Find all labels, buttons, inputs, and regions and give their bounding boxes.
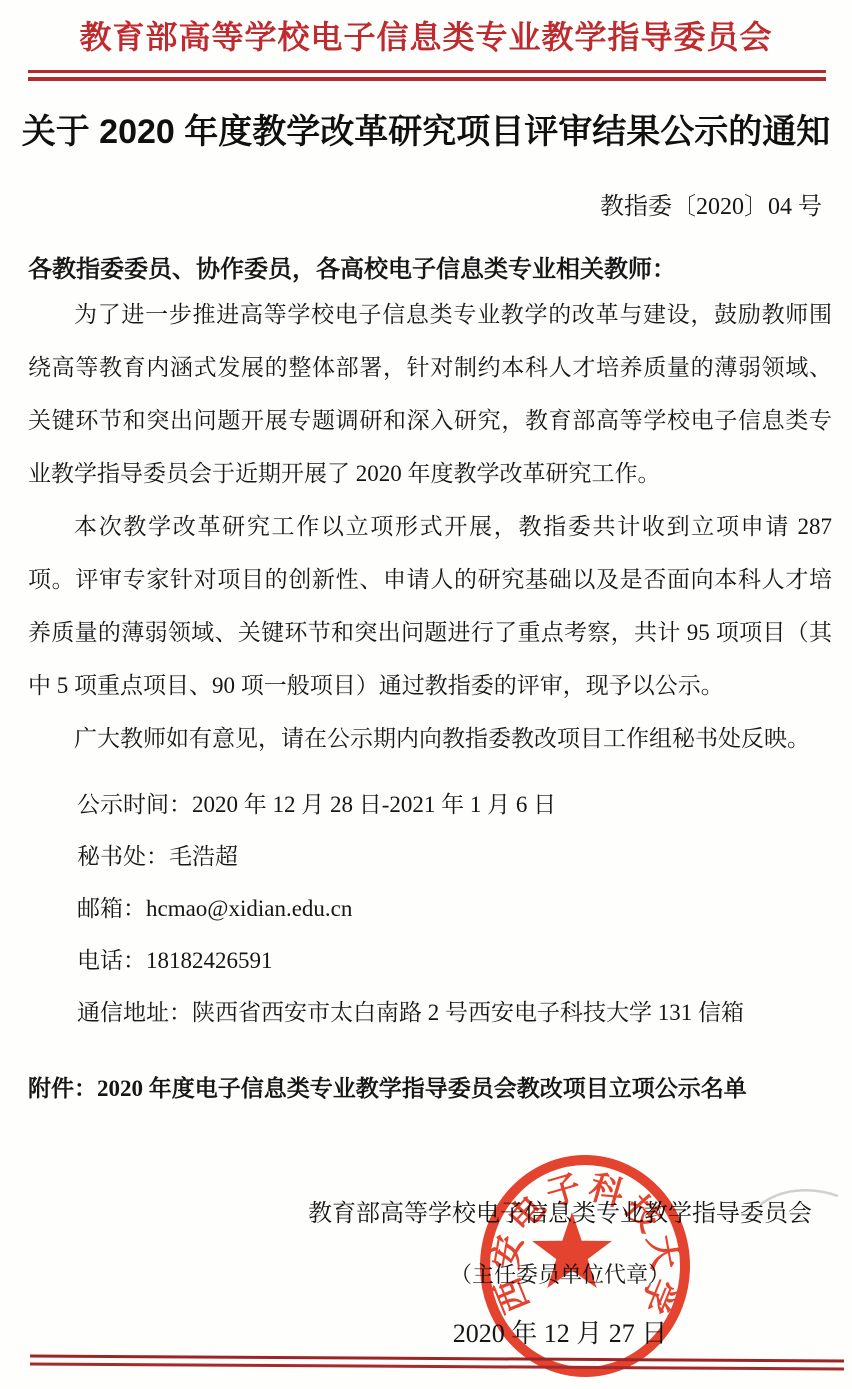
doc-number: 教指委〔2020〕04 号 [600,192,822,222]
contact-row-secretariat: 秘书处：毛浩超 [77,831,832,883]
contact-label: 通信地址： [77,1000,192,1025]
salutation-line: 各教指委委员、协作委员，各高校电子信息类专业相关教师： [28,254,834,286]
notice-title: 关于 2020 年度教学改革研究项目评审结果公示的通知 [14,108,838,156]
contact-value: 18182426591 [146,948,273,973]
attachment-line: 附件：2020 年度电子信息类专业教学指导委员会教改项目立项公示名单 [28,1074,832,1104]
body-paragraph-1: 为了进一步推进高等学校电子信息类专业教学的改革与建设，鼓励教师围绕高等教育内涵式… [28,288,832,500]
signature-org-name: 教育部高等学校电子信息类专业教学指导委员会 [300,1198,820,1231]
contact-info-list: 公示时间：2020 年 12 月 28 日-2021 年 1 月 6 日 秘书处… [77,779,832,1039]
document-page: 教育部高等学校电子信息类专业教学指导委员会 关于 2020 年度教学改革研究项目… [0,0,852,1389]
notice-body: 为了进一步推进高等学校电子信息类专业教学的改革与建设，鼓励教师围绕高等教育内涵式… [28,288,832,765]
contact-row-address: 通信地址：陕西省西安市太白南路 2 号西安电子科技大学 131 信箱 [77,987,832,1039]
contact-row-email: 邮箱：hcmao@xidian.edu.cn [77,883,832,935]
signature-block: 教育部高等学校电子信息类专业教学指导委员会 （主任委员单位代章） 2020 年 … [300,1198,820,1350]
header-rule-thin [28,70,826,73]
footer-rule-upper [30,1355,844,1363]
body-paragraph-2: 本次教学改革研究工作以立项形式开展，教指委共计收到立项申请 287 项。评审专家… [28,500,832,712]
scan-artifact-mark [758,1183,844,1213]
contact-label: 邮箱： [77,896,146,921]
contact-label: 电话： [77,948,146,973]
contact-row-publicity-period: 公示时间：2020 年 12 月 28 日-2021 年 1 月 6 日 [77,779,832,831]
contact-value: 陕西省西安市太白南路 2 号西安电子科技大学 131 信箱 [192,1000,744,1025]
header-double-rule [28,70,826,81]
contact-label: 秘书处： [77,844,169,869]
contact-value: 毛浩超 [169,844,238,869]
contact-label: 公示时间： [77,792,192,817]
body-paragraph-3: 广大教师如有意见，请在公示期内向教指委教改项目工作组秘书处反映。 [28,712,832,765]
header-rule-thick [28,77,826,81]
signature-seal-note: （主任委员单位代章） [300,1260,820,1289]
contact-row-phone: 电话：18182426591 [77,935,832,987]
org-header-title: 教育部高等学校电子信息类专业教学指导委员会 [0,16,852,58]
contact-value: 2020 年 12 月 28 日-2021 年 1 月 6 日 [192,792,556,817]
footer-double-rule [30,1355,844,1371]
footer-rule-lower [30,1363,844,1371]
signature-date: 2020 年 12 月 27 日 [300,1317,820,1350]
contact-value: hcmao@xidian.edu.cn [146,896,352,921]
